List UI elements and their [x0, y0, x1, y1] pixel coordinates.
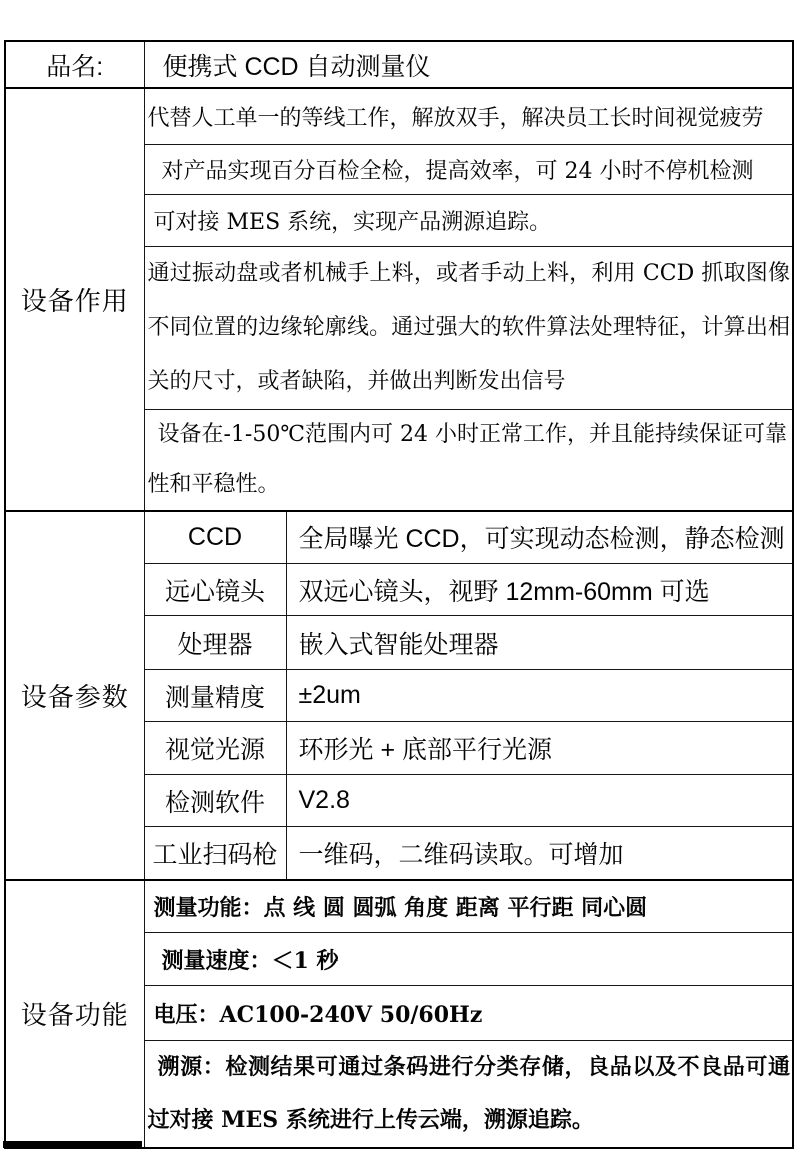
param-value-barcode-scanner: 一维码，二维码读取。可增加 — [286, 827, 793, 880]
param-value-light-source: 环形光 + 底部平行光源 — [286, 722, 793, 775]
param-row-ccd: 设备参数 CCD 全局曝光 CCD，可实现动态检测，静态检测 — [5, 511, 793, 564]
function-row-measure-items: 设备功能 测量功能：点 线 圆 圆弧 角度 距离 平行距 同心圆 — [5, 880, 793, 933]
param-name-accuracy: 测量精度 — [144, 670, 286, 722]
function-text-voltage: 电压：AC100-240V 50/60Hz — [144, 986, 793, 1041]
param-value-processor: 嵌入式智能处理器 — [286, 616, 793, 670]
section-label-device-role: 设备作用 — [5, 88, 144, 511]
param-value-telecentric-lens: 双远心镜头，视野 12mm-60mm 可选 — [286, 564, 793, 616]
function-text-traceability: 溯源：检测结果可通过条码进行分类存储，良品以及不良品可通过对接 MES 系统进行… — [144, 1041, 793, 1149]
param-value-accuracy: ±2um — [286, 670, 793, 722]
function-text-measure-items: 测量功能：点 线 圆 圆弧 角度 距离 平行距 同心圆 — [144, 880, 793, 933]
param-name-software: 检测软件 — [144, 775, 286, 827]
product-row: 品名: 便携式 CCD 自动测量仪 — [5, 41, 793, 88]
param-value-ccd: 全局曝光 CCD，可实现动态检测，静态检测 — [286, 511, 793, 564]
param-name-processor: 处理器 — [144, 616, 286, 670]
section-label-device-functions: 设备功能 — [5, 880, 144, 1149]
param-value-software: V2.8 — [286, 775, 793, 827]
param-name-telecentric-lens: 远心镜头 — [144, 564, 286, 616]
spec-table: 品名: 便携式 CCD 自动测量仪 设备作用 代替人工单一的等线工作，解放双手，… — [4, 40, 794, 1149]
section-label-device-params: 设备参数 — [5, 511, 144, 880]
product-name-value: 便携式 CCD 自动测量仪 — [144, 41, 793, 88]
param-name-light-source: 视觉光源 — [144, 722, 286, 775]
device-role-text-4: 通过振动盘或者机械手上料，或者手动上料，利用 CCD 抓取图像不同位置的边缘轮廓… — [144, 246, 793, 409]
device-role-text-5: 设备在-1-50℃范围内可 24 小时正常工作，并且能持续保证可靠性和平稳性。 — [144, 409, 793, 511]
param-name-barcode-scanner: 工业扫码枪 — [144, 827, 286, 880]
device-role-row: 设备作用 代替人工单一的等线工作，解放双手，解决员工长时间视觉疲劳 — [5, 88, 793, 144]
product-name-label: 品名: — [5, 41, 144, 88]
param-name-ccd: CCD — [144, 511, 286, 564]
bottom-black-bar — [3, 1141, 142, 1148]
device-role-text-3: 可对接 MES 系统，实现产品溯源追踪。 — [144, 194, 793, 246]
function-text-measure-speed: 测量速度：＜1 秒 — [144, 933, 793, 986]
device-role-text-2: 对产品实现百分百检全检，提高效率，可 24 小时不停机检测 — [144, 144, 793, 194]
device-role-text-1: 代替人工单一的等线工作，解放双手，解决员工长时间视觉疲劳 — [144, 88, 793, 144]
document-page: 品名: 便携式 CCD 自动测量仪 设备作用 代替人工单一的等线工作，解放双手，… — [0, 0, 800, 1150]
